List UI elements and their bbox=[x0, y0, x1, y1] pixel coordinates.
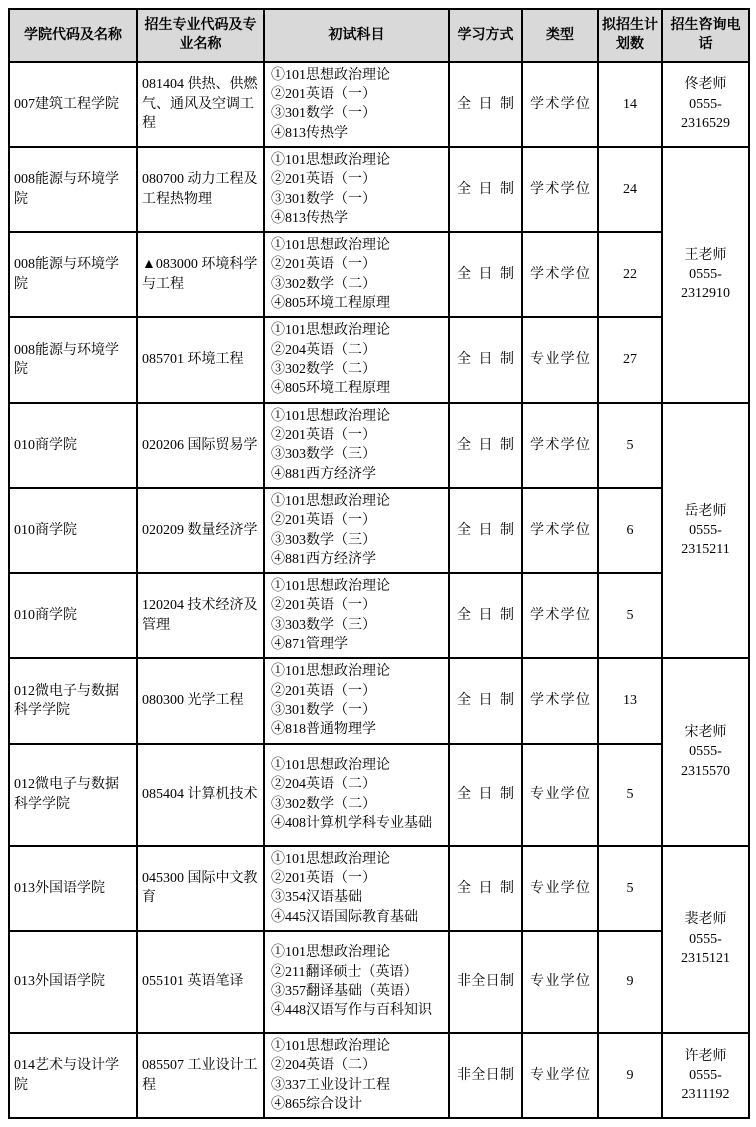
plan-count-cell: 5 bbox=[598, 744, 662, 846]
column-header: 学习方式 bbox=[449, 9, 522, 62]
plan-count-cell: 5 bbox=[598, 573, 662, 658]
degree-type-cell: 专业学位 bbox=[522, 744, 598, 846]
table-row: 012微电子与数据科学学院080300 光学工程①101思想政治理论②201英语… bbox=[9, 658, 749, 743]
table-row: 008能源与环境学院080700 动力工程及工程热物理①101思想政治理论②20… bbox=[9, 147, 749, 232]
subject-line: ③303数学（三） bbox=[271, 616, 444, 635]
subject-line: ②201英语（一） bbox=[271, 682, 444, 701]
degree-type-cell: 学术学位 bbox=[522, 232, 598, 317]
major-cell: 020206 国际贸易学 bbox=[137, 403, 264, 488]
study-mode-cell: 全日制 bbox=[449, 846, 522, 931]
subject-line: ①101思想政治理论 bbox=[271, 321, 444, 340]
table-row: 013外国语学院045300 国际中文教育①101思想政治理论②201英语（一）… bbox=[9, 846, 749, 931]
column-header: 类型 bbox=[522, 9, 598, 62]
major-cell: 085404 计算机技术 bbox=[137, 744, 264, 846]
table-header: 学院代码及名称招生专业代码及专业名称初试科目学习方式类型拟招生计划数招生咨询电话 bbox=[9, 9, 749, 62]
contact-name: 佟老师 bbox=[665, 75, 746, 94]
subject-line: ①101思想政治理论 bbox=[271, 943, 444, 962]
table-row: 012微电子与数据科学学院085404 计算机技术①101思想政治理论②204英… bbox=[9, 744, 749, 846]
plan-count-cell: 9 bbox=[598, 1033, 662, 1118]
subject-line: ①101思想政治理论 bbox=[271, 850, 444, 869]
contact-cell: 宋老师0555-2315570 bbox=[662, 658, 749, 845]
plan-count-cell: 27 bbox=[598, 317, 662, 402]
contact-phone-line: 2315211 bbox=[665, 540, 746, 559]
subject-line: ①101思想政治理论 bbox=[271, 151, 444, 170]
subject-line: ①101思想政治理论 bbox=[271, 236, 444, 255]
degree-type-cell: 学术学位 bbox=[522, 403, 598, 488]
header-row: 学院代码及名称招生专业代码及专业名称初试科目学习方式类型拟招生计划数招生咨询电话 bbox=[9, 9, 749, 62]
degree-type-cell: 专业学位 bbox=[522, 317, 598, 402]
subject-line: ④448汉语写作与百科知识 bbox=[271, 1001, 444, 1020]
degree-type-cell: 专业学位 bbox=[522, 931, 598, 1033]
contact-phone-line: 0555- bbox=[665, 930, 746, 949]
college-cell: 012微电子与数据科学学院 bbox=[9, 658, 137, 743]
table-row: 010商学院020206 国际贸易学①101思想政治理论②201英语（一）③30… bbox=[9, 403, 749, 488]
plan-count-cell: 5 bbox=[598, 846, 662, 931]
column-header: 招生咨询电话 bbox=[662, 9, 749, 62]
contact-phone-line: 2312910 bbox=[665, 284, 746, 303]
subjects-cell: ①101思想政治理论②201英语（一）③303数学（三）④881西方经济学 bbox=[264, 488, 449, 573]
document-page: 学院代码及名称招生专业代码及专业名称初试科目学习方式类型拟招生计划数招生咨询电话… bbox=[0, 0, 756, 1127]
subject-line: ②201英语（一） bbox=[271, 426, 444, 445]
contact-phone-line: 0555- bbox=[665, 265, 746, 284]
contact-phone-line: 0555- bbox=[665, 521, 746, 540]
study-mode-cell: 全日制 bbox=[449, 488, 522, 573]
column-header: 招生专业代码及专业名称 bbox=[137, 9, 264, 62]
subject-line: ④408计算机学科专业基础 bbox=[271, 814, 444, 833]
study-mode-cell: 全日制 bbox=[449, 232, 522, 317]
college-cell: 008能源与环境学院 bbox=[9, 232, 137, 317]
subject-line: ③337工业设计工程 bbox=[271, 1076, 444, 1095]
subject-line: ②201英语（一） bbox=[271, 170, 444, 189]
plan-count-cell: 5 bbox=[598, 403, 662, 488]
contact-phone-line: 2315570 bbox=[665, 762, 746, 781]
table-row: 007建筑工程学院081404 供热、供燃气、通风及空调工程①101思想政治理论… bbox=[9, 62, 749, 147]
degree-type-cell: 学术学位 bbox=[522, 147, 598, 232]
subject-line: ④881西方经济学 bbox=[271, 550, 444, 569]
major-cell: 120204 技术经济及管理 bbox=[137, 573, 264, 658]
contact-name: 岳老师 bbox=[665, 502, 746, 521]
table-row: 010商学院120204 技术经济及管理①101思想政治理论②201英语（一）③… bbox=[9, 573, 749, 658]
contact-cell: 王老师0555-2312910 bbox=[662, 147, 749, 403]
subject-line: ①101思想政治理论 bbox=[271, 756, 444, 775]
contact-name: 裴老师 bbox=[665, 910, 746, 929]
plan-count-cell: 14 bbox=[598, 62, 662, 147]
subject-line: ③357翻译基础（英语） bbox=[271, 982, 444, 1001]
subject-line: ④881西方经济学 bbox=[271, 465, 444, 484]
admissions-table: 学院代码及名称招生专业代码及专业名称初试科目学习方式类型拟招生计划数招生咨询电话… bbox=[8, 8, 750, 1119]
college-cell: 010商学院 bbox=[9, 573, 137, 658]
subject-line: ③303数学（三） bbox=[271, 445, 444, 464]
college-cell: 013外国语学院 bbox=[9, 931, 137, 1033]
subject-line: ①101思想政治理论 bbox=[271, 492, 444, 511]
college-cell: 013外国语学院 bbox=[9, 846, 137, 931]
subject-line: ②201英语（一） bbox=[271, 869, 444, 888]
contact-cell: 许老师0555-2311192 bbox=[662, 1033, 749, 1118]
contact-name: 宋老师 bbox=[665, 723, 746, 742]
major-cell: 080300 光学工程 bbox=[137, 658, 264, 743]
contact-phone-line: 2315121 bbox=[665, 949, 746, 968]
column-header: 拟招生计划数 bbox=[598, 9, 662, 62]
subject-line: ④805环境工程原理 bbox=[271, 294, 444, 313]
subject-line: ④805环境工程原理 bbox=[271, 379, 444, 398]
subject-line: ③302数学（二） bbox=[271, 275, 444, 294]
subject-line: ①101思想政治理论 bbox=[271, 407, 444, 426]
subject-line: ③302数学（二） bbox=[271, 360, 444, 379]
college-cell: 014艺术与设计学院 bbox=[9, 1033, 137, 1118]
subjects-cell: ①101思想政治理论②204英语（二）③302数学（二）④805环境工程原理 bbox=[264, 317, 449, 402]
subject-line: ②201英语（一） bbox=[271, 255, 444, 274]
degree-type-cell: 学术学位 bbox=[522, 573, 598, 658]
table-row: 008能源与环境学院▲083000 环境科学与工程①101思想政治理论②201英… bbox=[9, 232, 749, 317]
table-row: 008能源与环境学院085701 环境工程①101思想政治理论②204英语（二）… bbox=[9, 317, 749, 402]
subjects-cell: ①101思想政治理论②204英语（二）③302数学（二）④408计算机学科专业基… bbox=[264, 744, 449, 846]
subject-line: ④865综合设计 bbox=[271, 1095, 444, 1114]
subject-line: ④818普通物理学 bbox=[271, 720, 444, 739]
subject-line: ③354汉语基础 bbox=[271, 888, 444, 907]
subject-line: ④813传热学 bbox=[271, 124, 444, 143]
college-cell: 012微电子与数据科学学院 bbox=[9, 744, 137, 846]
study-mode-cell: 全日制 bbox=[449, 744, 522, 846]
subjects-cell: ①101思想政治理论②204英语（二）③337工业设计工程④865综合设计 bbox=[264, 1033, 449, 1118]
table-row: 013外国语学院055101 英语笔译①101思想政治理论②211翻译硕士（英语… bbox=[9, 931, 749, 1033]
major-cell: 045300 国际中文教育 bbox=[137, 846, 264, 931]
subject-line: ③301数学（一） bbox=[271, 104, 444, 123]
subjects-cell: ①101思想政治理论②201英语（一）③301数学（一）④818普通物理学 bbox=[264, 658, 449, 743]
subjects-cell: ①101思想政治理论②201英语（一）③303数学（三）④871管理学 bbox=[264, 573, 449, 658]
contact-phone-line: 2316529 bbox=[665, 114, 746, 133]
subject-line: ①101思想政治理论 bbox=[271, 577, 444, 596]
subject-line: ④445汉语国际教育基础 bbox=[271, 908, 444, 927]
degree-type-cell: 学术学位 bbox=[522, 658, 598, 743]
degree-type-cell: 学术学位 bbox=[522, 62, 598, 147]
plan-count-cell: 24 bbox=[598, 147, 662, 232]
plan-count-cell: 22 bbox=[598, 232, 662, 317]
subjects-cell: ①101思想政治理论②201英语（一）③354汉语基础④445汉语国际教育基础 bbox=[264, 846, 449, 931]
major-cell: 085507 工业设计工程 bbox=[137, 1033, 264, 1118]
degree-type-cell: 专业学位 bbox=[522, 846, 598, 931]
study-mode-cell: 全日制 bbox=[449, 317, 522, 402]
subject-line: ①101思想政治理论 bbox=[271, 66, 444, 85]
study-mode-cell: 全日制 bbox=[449, 403, 522, 488]
plan-count-cell: 13 bbox=[598, 658, 662, 743]
table-row: 010商学院020209 数量经济学①101思想政治理论②201英语（一）③30… bbox=[9, 488, 749, 573]
study-mode-cell: 全日制 bbox=[449, 147, 522, 232]
column-header: 学院代码及名称 bbox=[9, 9, 137, 62]
contact-phone-line: 0555- bbox=[665, 1066, 746, 1085]
contact-phone-line: 2311192 bbox=[665, 1085, 746, 1104]
contact-name: 王老师 bbox=[665, 246, 746, 265]
degree-type-cell: 专业学位 bbox=[522, 1033, 598, 1118]
study-mode-cell: 非全日制 bbox=[449, 931, 522, 1033]
subjects-cell: ①101思想政治理论②201英语（一）③301数学（一）④813传热学 bbox=[264, 147, 449, 232]
study-mode-cell: 非全日制 bbox=[449, 1033, 522, 1118]
major-cell: 055101 英语笔译 bbox=[137, 931, 264, 1033]
plan-count-cell: 9 bbox=[598, 931, 662, 1033]
college-cell: 008能源与环境学院 bbox=[9, 147, 137, 232]
study-mode-cell: 全日制 bbox=[449, 573, 522, 658]
subject-line: ①101思想政治理论 bbox=[271, 1037, 444, 1056]
college-cell: 007建筑工程学院 bbox=[9, 62, 137, 147]
major-cell: 080700 动力工程及工程热物理 bbox=[137, 147, 264, 232]
major-cell: ▲083000 环境科学与工程 bbox=[137, 232, 264, 317]
column-header: 初试科目 bbox=[264, 9, 449, 62]
degree-type-cell: 学术学位 bbox=[522, 488, 598, 573]
contact-name: 许老师 bbox=[665, 1047, 746, 1066]
subject-line: ③303数学（三） bbox=[271, 531, 444, 550]
college-cell: 010商学院 bbox=[9, 488, 137, 573]
subject-line: ②211翻译硕士（英语） bbox=[271, 963, 444, 982]
contact-phone-line: 0555- bbox=[665, 742, 746, 761]
subject-line: ②201英语（一） bbox=[271, 85, 444, 104]
study-mode-cell: 全日制 bbox=[449, 62, 522, 147]
subject-line: ④813传热学 bbox=[271, 209, 444, 228]
subject-line: ②204英语（二） bbox=[271, 775, 444, 794]
subject-line: ②201英语（一） bbox=[271, 596, 444, 615]
contact-phone-line: 0555- bbox=[665, 95, 746, 114]
contact-cell: 裴老师0555-2315121 bbox=[662, 846, 749, 1033]
contact-cell: 岳老师0555-2315211 bbox=[662, 403, 749, 659]
college-cell: 010商学院 bbox=[9, 403, 137, 488]
study-mode-cell: 全日制 bbox=[449, 658, 522, 743]
subject-line: ③301数学（一） bbox=[271, 701, 444, 720]
college-cell: 008能源与环境学院 bbox=[9, 317, 137, 402]
subject-line: ②204英语（二） bbox=[271, 341, 444, 360]
major-cell: 081404 供热、供燃气、通风及空调工程 bbox=[137, 62, 264, 147]
plan-count-cell: 6 bbox=[598, 488, 662, 573]
subject-line: ②201英语（一） bbox=[271, 511, 444, 530]
major-cell: 020209 数量经济学 bbox=[137, 488, 264, 573]
subject-line: ④871管理学 bbox=[271, 635, 444, 654]
subject-line: ③301数学（一） bbox=[271, 190, 444, 209]
subject-line: ②204英语（二） bbox=[271, 1056, 444, 1075]
subjects-cell: ①101思想政治理论②201英语（一）③301数学（一）④813传热学 bbox=[264, 62, 449, 147]
subject-line: ①101思想政治理论 bbox=[271, 662, 444, 681]
table-row: 014艺术与设计学院085507 工业设计工程①101思想政治理论②204英语（… bbox=[9, 1033, 749, 1118]
subjects-cell: ①101思想政治理论②201英语（一）③302数学（二）④805环境工程原理 bbox=[264, 232, 449, 317]
subjects-cell: ①101思想政治理论②211翻译硕士（英语）③357翻译基础（英语）④448汉语… bbox=[264, 931, 449, 1033]
major-cell: 085701 环境工程 bbox=[137, 317, 264, 402]
table-body: 007建筑工程学院081404 供热、供燃气、通风及空调工程①101思想政治理论… bbox=[9, 62, 749, 1119]
subject-line: ③302数学（二） bbox=[271, 795, 444, 814]
subjects-cell: ①101思想政治理论②201英语（一）③303数学（三）④881西方经济学 bbox=[264, 403, 449, 488]
contact-cell: 佟老师0555-2316529 bbox=[662, 62, 749, 147]
